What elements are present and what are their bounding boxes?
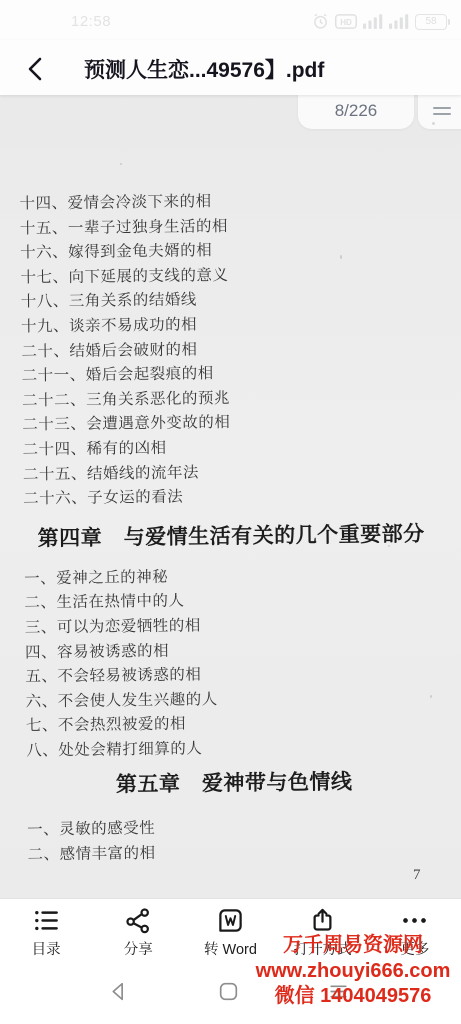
svg-text:HD: HD xyxy=(340,18,352,27)
hd-volte-icon: HD xyxy=(335,14,357,29)
scan-speck xyxy=(340,255,342,259)
toolbar-item-label: 转 Word xyxy=(204,938,257,959)
battery-percent: 58 xyxy=(425,16,436,27)
printed-page-number: 7 xyxy=(413,867,421,884)
page-indicator-pill[interactable]: 8/226 xyxy=(298,93,414,129)
pdf-document-content: 十四、爱情会冷淡下来的相十五、一辈子过独身生活的相十六、嫁得到金龟夫婿的相十七、… xyxy=(0,92,461,868)
android-nav-bar xyxy=(0,966,461,1024)
pdf-toolbar: 目录分享转 Word打开方式更多 xyxy=(0,898,461,966)
clock-time: 12:58 xyxy=(71,13,111,30)
alarm-icon xyxy=(312,13,329,30)
nav-home-button[interactable] xyxy=(216,979,241,1004)
menu-lines-icon xyxy=(433,107,451,109)
toc-line: 八、处处会精打细算的人 xyxy=(3,734,461,764)
menu-lines-icon xyxy=(433,113,451,115)
toolbar-item-label: 分享 xyxy=(124,938,153,959)
signal-sim1-icon xyxy=(363,14,383,30)
battery-icon: 58 xyxy=(415,14,447,30)
back-triangle-icon xyxy=(113,984,122,1000)
status-bar: 12:58 HD 58 xyxy=(0,0,461,40)
document-title: 预测人生恋...49576】.pdf xyxy=(84,54,444,84)
signal-sim2-icon xyxy=(389,14,409,30)
nav-back-button[interactable] xyxy=(106,979,131,1004)
toc-line: 二十六、子女运的看法 xyxy=(0,482,461,512)
share-icon xyxy=(125,907,152,934)
word-icon xyxy=(217,907,244,934)
chapter-heading: 第四章 与爱情生活有关的几个重要部分 xyxy=(1,518,461,554)
toolbar-item-打开方式[interactable]: 打开方式 xyxy=(277,899,369,966)
toolbar-item-分享[interactable]: 分享 xyxy=(92,899,184,966)
more-icon xyxy=(401,907,428,934)
scan-speck xyxy=(430,695,432,698)
open-with-icon xyxy=(309,907,336,934)
toc-icon xyxy=(33,907,60,934)
toolbar-item-label: 打开方式 xyxy=(294,938,352,959)
toolbar-item-目录[interactable]: 目录 xyxy=(0,899,92,966)
toc-line: 二、感情丰富的相 xyxy=(4,838,461,868)
phone-screen: 12:58 HD 58 xyxy=(0,0,461,1024)
chapter-heading: 第五章 爱神带与色情线 xyxy=(4,766,461,802)
toolbar-item-label: 更多 xyxy=(400,938,429,959)
back-button[interactable] xyxy=(20,53,52,85)
toolbar-item-转word[interactable]: 转 Word xyxy=(184,899,276,966)
page-indicator-text: 8/226 xyxy=(335,101,378,121)
nav-recents-button[interactable] xyxy=(326,979,351,1004)
scan-speck xyxy=(120,163,122,165)
app-header: 预测人生恋...49576】.pdf xyxy=(0,40,461,95)
scan-speck xyxy=(432,122,435,125)
pdf-page-area[interactable]: 十四、爱情会冷淡下来的相十五、一辈子过独身生活的相十六、嫁得到金龟夫婿的相十七、… xyxy=(0,95,461,898)
toolbar-item-更多[interactable]: 更多 xyxy=(369,899,461,966)
scan-speck xyxy=(388,545,390,547)
recents-lines-icon xyxy=(331,986,346,996)
toolbar-item-label: 目录 xyxy=(32,938,61,959)
status-icons: HD 58 xyxy=(312,13,447,30)
home-square-icon xyxy=(221,984,237,1000)
page-menu-button[interactable] xyxy=(418,93,461,129)
